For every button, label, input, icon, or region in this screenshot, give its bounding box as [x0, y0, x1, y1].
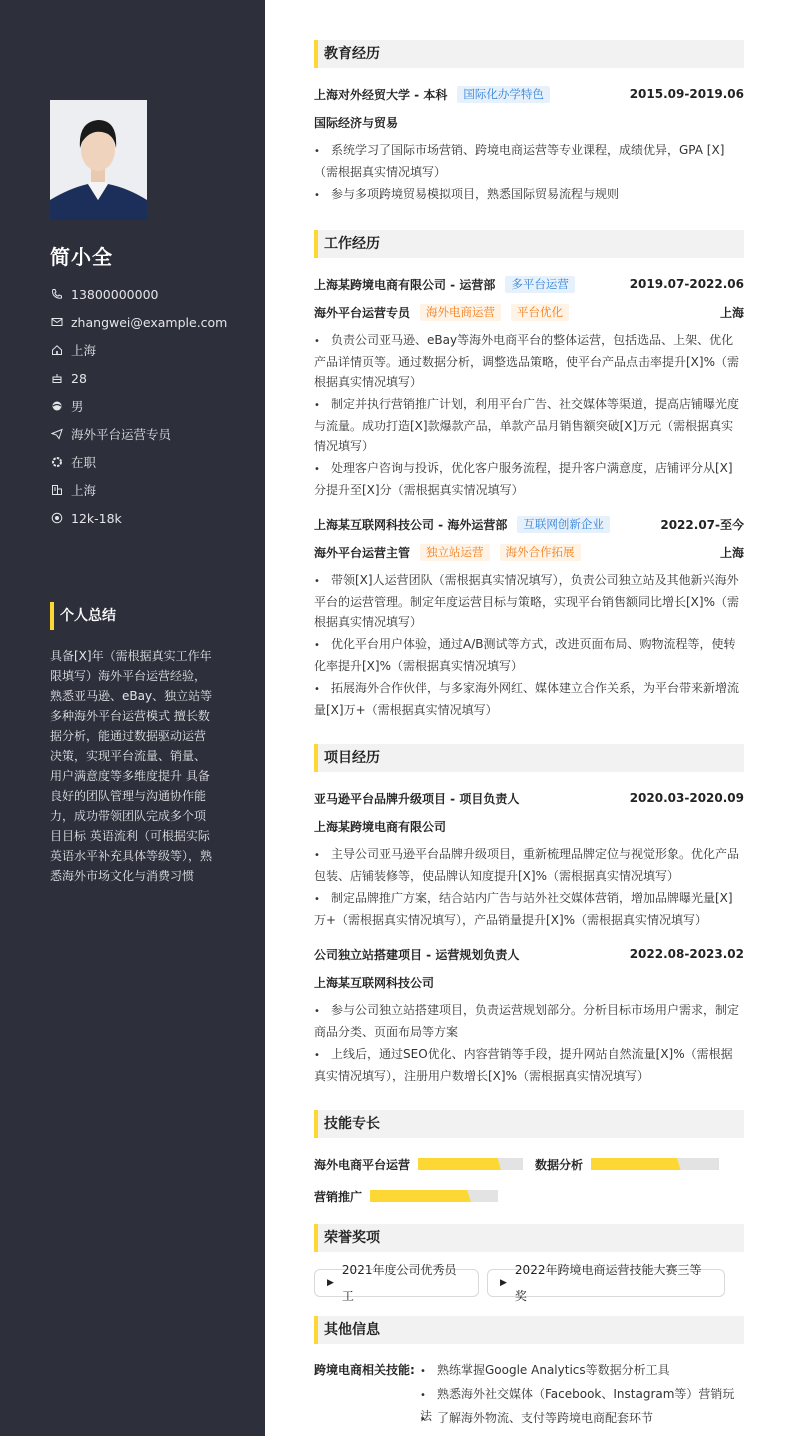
bullet-text: 系统学习了国际市场营销、跨境电商运营等专业课程，成绩优异，GPA [X]（需根据…	[314, 143, 724, 179]
skill-item: 海外电商平台运营	[314, 1154, 523, 1174]
project-name: 亚马逊平台品牌升级项目 - 项目负责人	[314, 790, 519, 807]
project-name: 公司独立站搭建项目 - 运营规划负责人	[314, 946, 519, 963]
candidate-name: 简小全	[50, 241, 113, 270]
building-icon	[50, 483, 64, 497]
email-text: zhangwei@example.com	[71, 315, 227, 330]
bullet-text: 制定品牌推广方案，结合站内广告与站外社交媒体营销，增加品牌曝光量[X]万+（需根…	[314, 891, 733, 927]
avatar	[50, 100, 147, 220]
skill-name: 数据分析	[535, 1156, 583, 1173]
role-tag: 海外电商运营	[420, 304, 501, 321]
age-icon	[50, 371, 64, 385]
skill-bar-fill	[370, 1190, 471, 1202]
skill-name: 营销推广	[314, 1188, 362, 1205]
job-bullet: •拓展海外合作伙伴，与多家海外网红、媒体建立合作关系，为平台带来新增流量[X]万…	[314, 678, 744, 720]
city-text: 上海	[71, 341, 96, 359]
awards-heading: 荣誉奖项	[314, 1224, 744, 1252]
bullet-text: 参与多项跨境贸易模拟项目，熟悉国际贸易流程与规则	[331, 187, 619, 201]
project-header-row: 公司独立站搭建项目 - 运营规划负责人 2022.08-2023.02	[314, 944, 744, 964]
job-role-row: 海外平台运营专员 海外电商运营 平台优化 上海	[314, 302, 744, 322]
job-bullet: •负责公司亚马逊、eBay等海外电商平台的整体运营，包括选品、上架、优化产品详情…	[314, 330, 744, 392]
education-bullet: •参与多项跨境贸易模拟项目，熟悉国际贸易流程与规则	[314, 184, 744, 206]
company-tag: 多平台运营	[505, 276, 575, 293]
bullet-text: 主导公司亚马逊平台品牌升级项目，重新梳理品牌定位与视觉形象。优化产品包装、店铺装…	[314, 847, 739, 883]
skill-bar	[418, 1158, 523, 1170]
bullet-text: 优化平台用户体验，通过A/B测试等方式，改进页面布局、购物流程等，使转化率提升[…	[314, 637, 736, 673]
info-city: 上海	[50, 336, 227, 364]
skills-heading: 技能专长	[314, 1110, 744, 1138]
award-item[interactable]: ▶ 2022年跨境电商运营技能大赛三等奖	[487, 1269, 725, 1297]
sidebar: 简小全 13800000000 zhangwei@example.com 上海 …	[0, 0, 265, 1436]
other-label: 跨境电商相关技能:	[314, 1360, 415, 1380]
other-item-text: 熟练掌握Google Analytics等数据分析工具	[437, 1363, 670, 1377]
bullet-text: 处理客户咨询与投诉，优化客户服务流程，提升客户满意度，店铺评分从[X]分提升至[…	[314, 461, 733, 497]
job-bullet: •优化平台用户体验，通过A/B测试等方式，改进页面布局、购物流程等，使转化率提升…	[314, 634, 744, 676]
gender-icon	[50, 399, 64, 413]
info-work-city: 上海	[50, 476, 227, 504]
award-text: 2021年度公司优秀员工	[342, 1257, 466, 1309]
other-item: •熟练掌握Google Analytics等数据分析工具	[420, 1360, 670, 1382]
major: 国际经济与贸易	[314, 114, 398, 131]
job-header-row: 上海某跨境电商有限公司 - 运营部 多平台运营 2019.07-2022.06	[314, 274, 744, 294]
info-phone: 13800000000	[50, 280, 227, 308]
job-bullet: •处理客户咨询与投诉，优化客户服务流程，提升客户满意度，店铺评分从[X]分提升至…	[314, 458, 744, 500]
info-age: 28	[50, 364, 227, 392]
project-bullet: •上线后，通过SEO优化、内容营销等手段，提升网站自然流量[X]%（需根据真实情…	[314, 1044, 744, 1086]
summary-heading: 个人总结	[50, 602, 116, 630]
role-tag: 海外合作拓展	[500, 544, 581, 561]
phone-icon	[50, 287, 64, 301]
triangle-right-icon: ▶	[327, 1270, 334, 1296]
bullet-text: 参与公司独立站搭建项目，负责运营规划部分。分析目标市场用户需求，制定商品分类、页…	[314, 1003, 739, 1039]
gender-text: 男	[71, 397, 84, 415]
project-bullet: •制定品牌推广方案，结合站内广告与站外社交媒体营销，增加品牌曝光量[X]万+（需…	[314, 888, 744, 930]
summary-text: 具备[X]年（需根据真实工作年限填写）海外平台运营经验，熟悉亚马逊、eBay、独…	[50, 646, 215, 886]
info-gender: 男	[50, 392, 227, 420]
job-role-row: 海外平台运营主管 独立站运营 海外合作拓展 上海	[314, 542, 744, 562]
skill-item: 营销推广	[314, 1186, 498, 1206]
role-tag: 独立站运营	[420, 544, 490, 561]
project-bullet: •主导公司亚马逊平台品牌升级项目，重新梳理品牌定位与视觉形象。优化产品包装、店铺…	[314, 844, 744, 886]
company-name: 上海某跨境电商有限公司 - 运营部	[314, 276, 495, 293]
role-tag: 平台优化	[511, 304, 569, 321]
education-date: 2015.09-2019.06	[630, 87, 744, 101]
major-row: 国际经济与贸易	[314, 112, 744, 132]
triangle-right-icon: ▶	[500, 1270, 507, 1296]
company-name: 上海某互联网科技公司 - 海外运营部	[314, 516, 507, 533]
project-bullet: •参与公司独立站搭建项目，负责运营规划部分。分析目标市场用户需求，制定商品分类、…	[314, 1000, 744, 1042]
job-role: 海外平台运营专员	[314, 304, 410, 321]
bullet-text: 制定并执行营销推广计划，利用平台广告、社交媒体等渠道，提高店铺曝光度与流量。成功…	[314, 397, 739, 453]
other-item: •了解海外物流、支付等跨境电商配套环节	[420, 1408, 653, 1430]
award-item[interactable]: ▶ 2021年度公司优秀员工	[314, 1269, 479, 1297]
info-status: 在职	[50, 448, 227, 476]
job-date: 2019.07-2022.06	[630, 277, 744, 291]
skill-name: 海外电商平台运营	[314, 1156, 410, 1173]
job-role: 海外平台运营主管	[314, 544, 410, 561]
project-org-row: 上海某互联网科技公司	[314, 972, 744, 992]
job-bullet: •制定并执行营销推广计划，利用平台广告、社交媒体等渠道，提高店铺曝光度与流量。成…	[314, 394, 744, 456]
status-text: 在职	[71, 453, 96, 471]
bullet-text: 上线后，通过SEO优化、内容营销等手段，提升网站自然流量[X]%（需根据真实情况…	[314, 1047, 733, 1083]
other-heading: 其他信息	[314, 1316, 744, 1344]
project-date: 2020.03-2020.09	[630, 791, 744, 805]
job-header-row: 上海某互联网科技公司 - 海外运营部 互联网创新企业 2022.07-至今	[314, 514, 744, 534]
school-name: 上海对外经贸大学 - 本科	[314, 86, 447, 103]
school-tag: 国际化办学特色	[457, 86, 550, 103]
project-header-row: 亚马逊平台品牌升级项目 - 项目负责人 2020.03-2020.09	[314, 788, 744, 808]
award-text: 2022年跨境电商运营技能大赛三等奖	[515, 1257, 712, 1309]
education-heading: 教育经历	[314, 40, 744, 68]
job-location: 上海	[720, 544, 744, 561]
skill-item: 数据分析	[535, 1154, 719, 1174]
contact-info-list: 13800000000 zhangwei@example.com 上海 28 男…	[50, 280, 227, 532]
project-date: 2022.08-2023.02	[630, 947, 744, 961]
info-position: 海外平台运营专员	[50, 420, 227, 448]
skill-bar	[591, 1158, 719, 1170]
bullet-text: 拓展海外合作伙伴，与多家海外网红、媒体建立合作关系，为平台带来新增流量[X]万+…	[314, 681, 739, 717]
skill-bar	[370, 1190, 498, 1202]
phone-text: 13800000000	[71, 287, 158, 302]
skill-bar-fill	[591, 1158, 681, 1170]
mail-icon	[50, 315, 64, 329]
other-item-text: 了解海外物流、支付等跨境电商配套环节	[437, 1411, 653, 1425]
project-org-row: 上海某跨境电商有限公司	[314, 816, 744, 836]
projects-heading: 项目经历	[314, 744, 744, 772]
info-email: zhangwei@example.com	[50, 308, 227, 336]
salary-text: 12k-18k	[71, 511, 122, 526]
skill-bar-fill	[418, 1158, 501, 1170]
position-text: 海外平台运营专员	[71, 425, 171, 443]
company-tag: 互联网创新企业	[517, 516, 610, 533]
info-salary: 12k-18k	[50, 504, 227, 532]
send-icon	[50, 427, 64, 441]
home-icon	[50, 343, 64, 357]
education-header-row: 上海对外经贸大学 - 本科 国际化办学特色 2015.09-2019.06	[314, 84, 744, 104]
bullet-text: 带领[X]人运营团队（需根据真实情况填写），负责公司独立站及其他新兴海外平台的运…	[314, 573, 739, 629]
project-org: 上海某互联网科技公司	[314, 974, 434, 991]
work-heading: 工作经历	[314, 230, 744, 258]
bullet-text: 负责公司亚马逊、eBay等海外电商平台的整体运营，包括选品、上架、优化产品详情页…	[314, 333, 739, 389]
job-bullet: •带领[X]人运营团队（需根据真实情况填写），负责公司独立站及其他新兴海外平台的…	[314, 570, 744, 632]
status-icon	[50, 455, 64, 469]
job-date: 2022.07-至今	[660, 516, 744, 533]
education-bullet: •系统学习了国际市场营销、跨境电商运营等专业课程，成绩优异，GPA [X]（需根…	[314, 140, 744, 182]
salary-icon	[50, 511, 64, 525]
job-location: 上海	[720, 304, 744, 321]
work-city-text: 上海	[71, 481, 96, 499]
age-text: 28	[71, 371, 87, 386]
project-org: 上海某跨境电商有限公司	[314, 818, 446, 835]
